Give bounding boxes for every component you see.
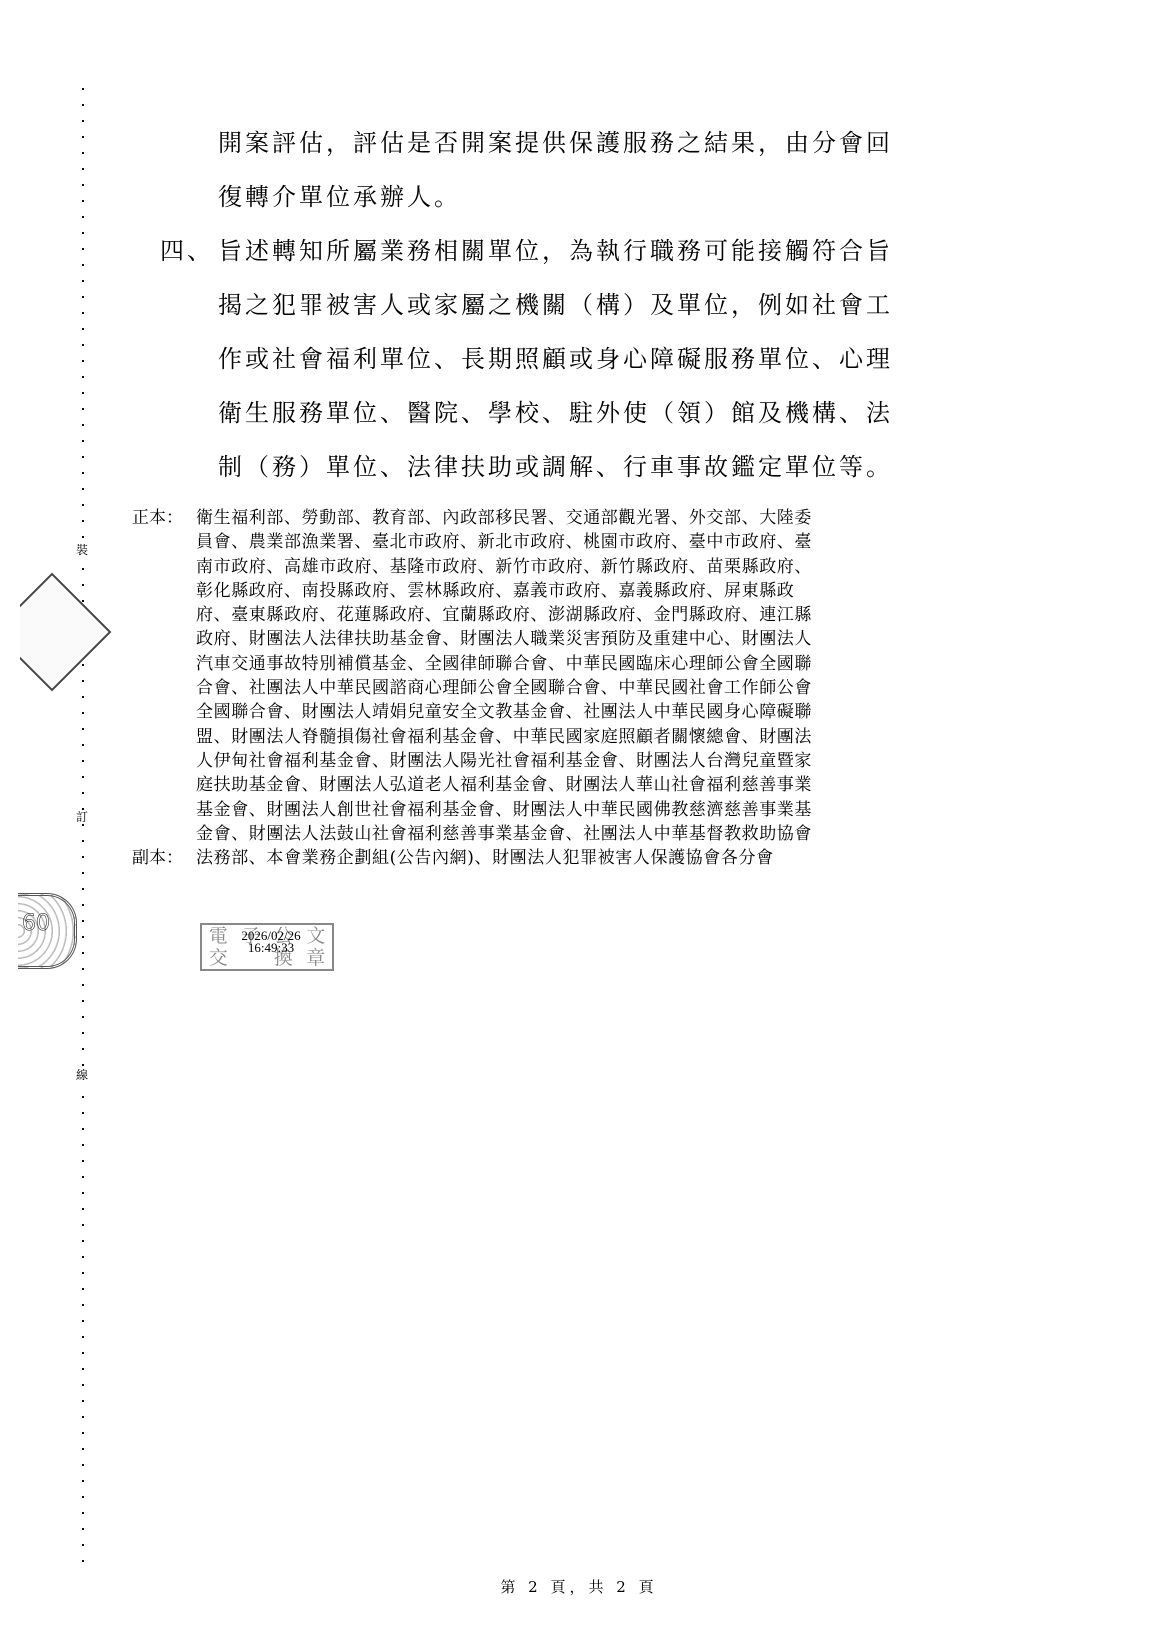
binding-dot — [82, 392, 84, 394]
recipient-line: 府、臺東縣政府、花蓮縣政府、宜蘭縣政府、澎湖縣政府、金門縣政府、連江縣 — [196, 603, 992, 627]
recipient-line: 汽車交通事故特別補償基金、全國律師聯合會、中華民國臨床心理師公會全國聯 — [196, 652, 992, 676]
binding-dot — [82, 296, 84, 298]
page-number: 第 2 頁，共 2 頁 — [0, 1576, 1158, 1597]
copy-label: 副本： — [132, 846, 196, 870]
binding-dot — [82, 1416, 84, 1418]
copy-recipient-list: 法務部、本會業務企劃組(公告內網)、財團法人犯罪被害人保護協會各分會 — [196, 846, 992, 870]
binding-dot — [82, 1240, 84, 1242]
binding-dot — [82, 488, 84, 490]
binding-dot — [82, 216, 84, 218]
text-line: 旨述轉知所屬業務相關單位，為執行職務可能接觸符合旨 — [218, 237, 893, 265]
binding-dot — [82, 824, 84, 826]
binding-dot — [82, 1208, 84, 1210]
binding-dot — [82, 1432, 84, 1434]
binding-dot — [82, 1256, 84, 1258]
original-label: 正本： — [132, 506, 196, 846]
binding-dot — [82, 1320, 84, 1322]
binding-dot — [82, 360, 84, 362]
recipient-line: 全國聯合會、財團法人靖娟兒童安全文教基金會、社團法人中華民國身心障礙聯 — [196, 700, 992, 724]
binding-dot — [82, 600, 84, 602]
e-document-exchange-stamp: 電子公文交換章 2026/02/26 16:49:33 — [200, 923, 334, 971]
binding-dot — [82, 744, 84, 746]
binding-dot — [82, 120, 84, 122]
binding-dot — [82, 792, 84, 794]
recipient-line: 南市政府、高雄市政府、基隆市政府、新竹市政府、新竹縣政府、苗栗縣政府、 — [196, 555, 992, 579]
binding-dot — [82, 264, 84, 266]
binding-dot — [82, 1528, 84, 1530]
binding-dot — [82, 168, 84, 170]
binding-dot — [82, 248, 84, 250]
binding-dot — [82, 1096, 84, 1098]
binding-dot — [82, 856, 84, 858]
copy-recipients: 副本： 法務部、本會業務企劃組(公告內網)、財團法人犯罪被害人保護協會各分會 — [132, 846, 992, 870]
binding-dot — [82, 536, 84, 538]
item-number: 四、 — [160, 224, 218, 278]
binding-dot — [82, 712, 84, 714]
binding-dot — [82, 152, 84, 154]
binding-dot — [82, 1224, 84, 1226]
binding-dot — [82, 136, 84, 138]
binding-dot — [82, 840, 84, 842]
original-recipients: 正本： 衛生福利部、勞動部、教育部、內政部移民署、交通部觀光署、外交部、大陸委員… — [132, 506, 992, 846]
recipient-line: 基金會、財團法人創世社會福利基金會、財團法人中華民國佛教慈濟慈善事業基 — [196, 798, 992, 822]
binding-dot — [82, 1496, 84, 1498]
binding-dot — [82, 1144, 84, 1146]
binding-dot — [82, 936, 84, 938]
binding-dot — [82, 88, 84, 90]
binding-dot — [82, 1352, 84, 1354]
stamp-time: 16:49:33 — [226, 941, 316, 954]
binding-dot — [82, 232, 84, 234]
continuation-paragraph: 開案評估，評估是否開案提供保護服務之結果，由分會回 復轉介單位承辦人。 — [160, 116, 980, 224]
recipients-section: 正本： 衛生福利部、勞動部、教育部、內政部移民署、交通部觀光署、外交部、大陸委員… — [132, 506, 992, 870]
binding-dot — [82, 344, 84, 346]
binding-dot — [82, 1192, 84, 1194]
binding-dot — [82, 952, 84, 954]
binding-dot — [82, 888, 84, 890]
binding-dot — [82, 1544, 84, 1546]
binding-dot — [82, 680, 84, 682]
binding-dot — [82, 1048, 84, 1050]
binding-mark: 裝 — [74, 543, 90, 557]
binding-dot — [82, 1032, 84, 1034]
binding-dot — [82, 328, 84, 330]
binding-dot — [82, 1480, 84, 1482]
binding-dot — [82, 1448, 84, 1450]
binding-dot — [82, 520, 84, 522]
binding-dot — [82, 664, 84, 666]
binding-dot — [82, 280, 84, 282]
binding-dot — [82, 312, 84, 314]
recipient-line: 員會、農業部漁業署、臺北市政府、新北市政府、桃園市政府、臺中市政府、臺 — [196, 530, 992, 554]
recipient-line: 彰化縣政府、南投縣政府、雲林縣政府、嘉義市政府、嘉義縣政府、屏東縣政 — [196, 579, 992, 603]
text-line: 開案評估，評估是否開案提供保護服務之結果，由分會回 — [160, 116, 980, 170]
binding-dot — [82, 408, 84, 410]
original-recipient-list: 衛生福利部、勞動部、教育部、內政部移民署、交通部觀光署、外交部、大陸委員會、農業… — [196, 506, 992, 846]
recipient-line: 庭扶助基金會、財團法人弘道老人福利基金會、財團法人華山社會福利慈善事業 — [196, 773, 992, 797]
text-line: 制（務）單位、法律扶助或調解、行車事故鑑定單位等。 — [160, 440, 980, 494]
binding-dot — [82, 1400, 84, 1402]
binding-dot — [82, 440, 84, 442]
binding-dot — [82, 1560, 84, 1562]
text-line: 揭之犯罪被害人或家屬之機關（構）及單位，例如社會工 — [160, 278, 980, 332]
recipient-line: 政府、財團法人法律扶助基金會、財團法人職業災害預防及重建中心、財團法人 — [196, 627, 992, 651]
round-seal-number: 60 — [22, 912, 50, 936]
recipient-line: 合會、社團法人中華民國諮商心理師公會全國聯合會、中華民國社會工作師公會 — [196, 676, 992, 700]
text-line: 衛生服務單位、醫院、學校、駐外使（領）館及機構、法 — [160, 386, 980, 440]
binding-dot — [82, 1160, 84, 1162]
binding-dot — [82, 1368, 84, 1370]
text-line: 復轉介單位承辦人。 — [160, 170, 980, 224]
recipient-line: 人伊甸社會福利基金會、財團法人陽光社會福利基金會、財團法人台灣兒童暨家 — [196, 749, 992, 773]
seal-clip — [0, 560, 20, 700]
binding-dot — [82, 456, 84, 458]
binding-dot — [82, 968, 84, 970]
binding-dot — [82, 1512, 84, 1514]
recipient-line: 衛生福利部、勞動部、教育部、內政部移民署、交通部觀光署、外交部、大陸委 — [196, 506, 992, 530]
binding-dot — [82, 104, 84, 106]
binding-dot — [82, 1384, 84, 1386]
binding-dot — [82, 984, 84, 986]
binding-dot — [82, 504, 84, 506]
binding-margin-line: 裝訂線 — [80, 88, 88, 1568]
binding-dot — [82, 1128, 84, 1130]
binding-dot — [82, 376, 84, 378]
binding-dot — [82, 424, 84, 426]
binding-dot — [82, 1272, 84, 1274]
binding-dot — [82, 1288, 84, 1290]
binding-dot — [82, 1016, 84, 1018]
text-line: 作或社會福利單位、長期照顧或身心障礙服務單位、心理 — [160, 332, 980, 386]
binding-mark: 線 — [74, 1068, 90, 1082]
binding-dot — [82, 472, 84, 474]
binding-dot — [82, 184, 84, 186]
binding-dot — [82, 1000, 84, 1002]
recipient-line: 法務部、本會業務企劃組(公告內網)、財團法人犯罪被害人保護協會各分會 — [196, 846, 992, 870]
binding-dot — [82, 1464, 84, 1466]
item-four-paragraph: 四、旨述轉知所屬業務相關單位，為執行職務可能接觸符合旨 揭之犯罪被害人或家屬之機… — [160, 224, 980, 494]
binding-dot — [82, 872, 84, 874]
binding-dot — [82, 760, 84, 762]
binding-dot — [82, 1112, 84, 1114]
binding-dot — [82, 1336, 84, 1338]
binding-dot — [82, 584, 84, 586]
binding-dot — [82, 696, 84, 698]
binding-dot — [82, 776, 84, 778]
binding-mark: 訂 — [74, 810, 90, 824]
binding-dot — [82, 904, 84, 906]
recipient-line: 金會、財團法人法鼓山社會福利慈善事業基金會、社團法人中華基督教救助協會 — [196, 822, 992, 846]
binding-dot — [82, 920, 84, 922]
recipient-line: 盟、財團法人脊髓損傷社會福利基金會、中華民國家庭照顧者關懷總會、財團法 — [196, 725, 992, 749]
binding-dot — [82, 1304, 84, 1306]
binding-dot — [82, 200, 84, 202]
binding-dot — [82, 728, 84, 730]
binding-dot — [82, 568, 84, 570]
binding-dot — [82, 1176, 84, 1178]
binding-dot — [82, 1064, 84, 1066]
